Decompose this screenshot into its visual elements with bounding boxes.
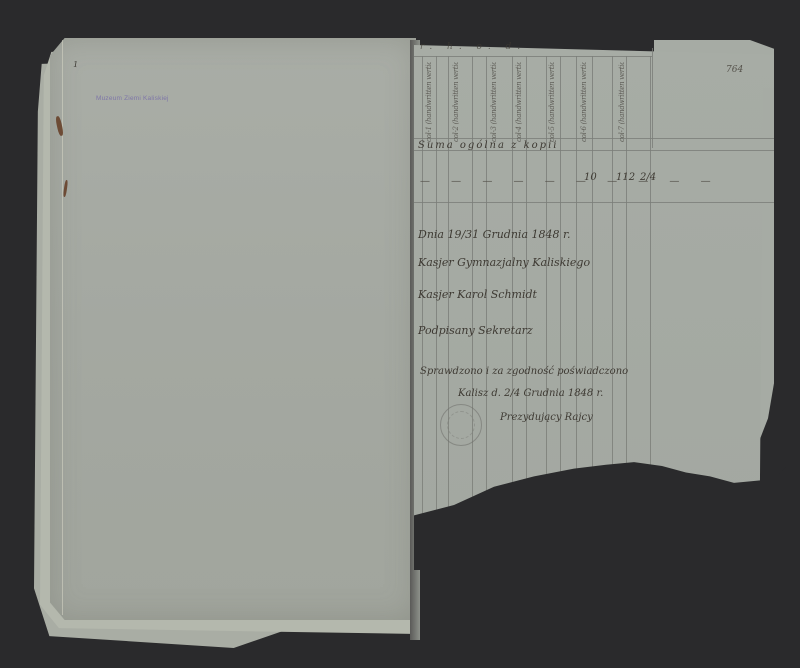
row-label: Suma ogólna z kopii	[418, 140, 558, 151]
column-rule	[612, 56, 613, 486]
handwritten-line: Kasjer Gymnazjalny Kaliskiego	[418, 256, 590, 269]
table-header-cell: col-7 (handwritten vertical heading)	[618, 62, 626, 142]
handwritten-line: Sprawdzono i za zgodność poświadczono	[420, 366, 628, 377]
column-rule	[560, 56, 561, 491]
column-rule	[486, 56, 487, 511]
handwritten-line: Kasjer Karol Schmidt	[418, 288, 537, 301]
table-header-cell: col-4 (handwritten vertical heading)	[515, 62, 523, 142]
header-bottom-rule	[414, 138, 774, 139]
column-rule	[526, 56, 527, 501]
sum-row-dashes: — — — — — — — — — —	[420, 176, 720, 187]
folio-number: 764	[726, 65, 743, 75]
handwritten-signature: Prezydujący Rajcy	[500, 412, 593, 423]
column-rule	[626, 56, 627, 491]
round-seal-stamp	[440, 404, 482, 446]
row-rule	[414, 202, 774, 203]
column-rule	[650, 56, 651, 496]
handwritten-line: Kalisz d. 2/4 Grudnia 1848 r.	[458, 388, 603, 399]
sum-value: 2/4	[640, 172, 656, 183]
header-top-rule	[414, 56, 652, 57]
table-header-cell: col-6 (handwritten vertical heading)	[580, 62, 588, 142]
top-note: r. h. o. d.	[420, 42, 526, 52]
table-header-cell: col-3 (handwritten vertical heading)	[490, 62, 498, 142]
sum-value: 112	[616, 172, 635, 183]
archive-stamp: Muzeum Ziemi Kaliskiej	[96, 95, 169, 102]
column-rule	[546, 56, 547, 496]
right-page-table	[414, 45, 774, 525]
table-header-cell: col-5 (handwritten vertical heading)	[548, 62, 556, 142]
handwritten-line: Podpisany Sekretarz	[418, 324, 533, 337]
column-rule	[652, 48, 653, 148]
column-rule	[472, 56, 473, 516]
left-page-cover	[50, 38, 416, 620]
sum-value: 10	[584, 172, 597, 183]
table-header-cell: col-1 (handwritten vertical heading)	[425, 62, 433, 142]
handwritten-line: Dnia 19/31 Grudnia 1848 r.	[418, 228, 571, 241]
table-header-cell: col-2 (handwritten vertical heading)	[452, 62, 460, 142]
column-rule	[512, 56, 513, 506]
